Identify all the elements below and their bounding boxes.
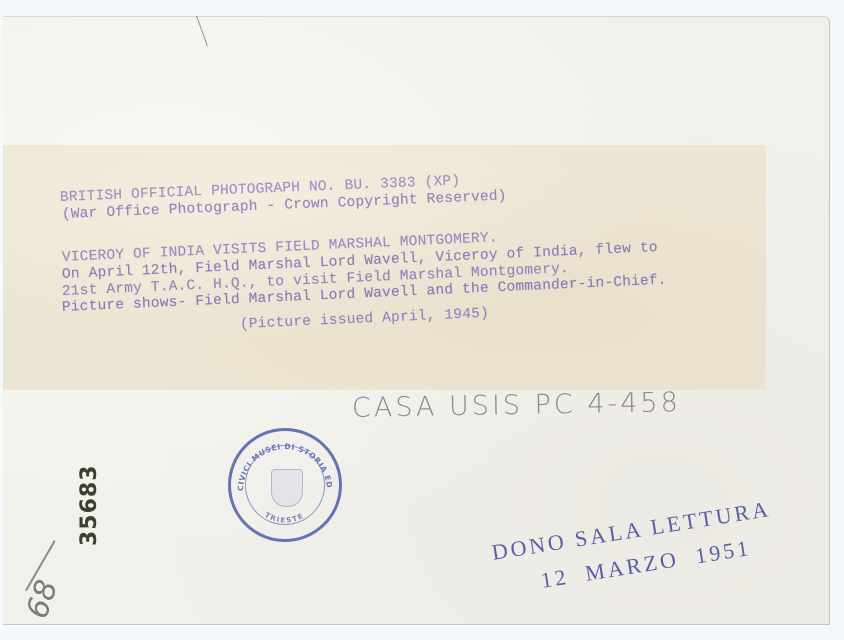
inventory-number: 35683 — [77, 464, 102, 546]
museum-stamp-bottom-text: TRIESTE — [263, 511, 305, 525]
handwritten-reference: CASA USIS PC 4-458 — [352, 387, 681, 424]
museum-stamp: CIVICI MUSEI DI STORIA ED ARTE E DEL ...… — [228, 428, 342, 542]
svg-text:TRIESTE: TRIESTE — [263, 511, 305, 525]
svg-text:CIVICI MUSEI DI STORIA ED ARTE: CIVICI MUSEI DI STORIA ED ARTE E DEL ... — [231, 431, 334, 492]
museum-stamp-text-ring: CIVICI MUSEI DI STORIA ED ARTE E DEL ...… — [231, 431, 339, 539]
museum-stamp-top-text: CIVICI MUSEI DI STORIA ED ARTE E DEL ... — [231, 431, 334, 492]
